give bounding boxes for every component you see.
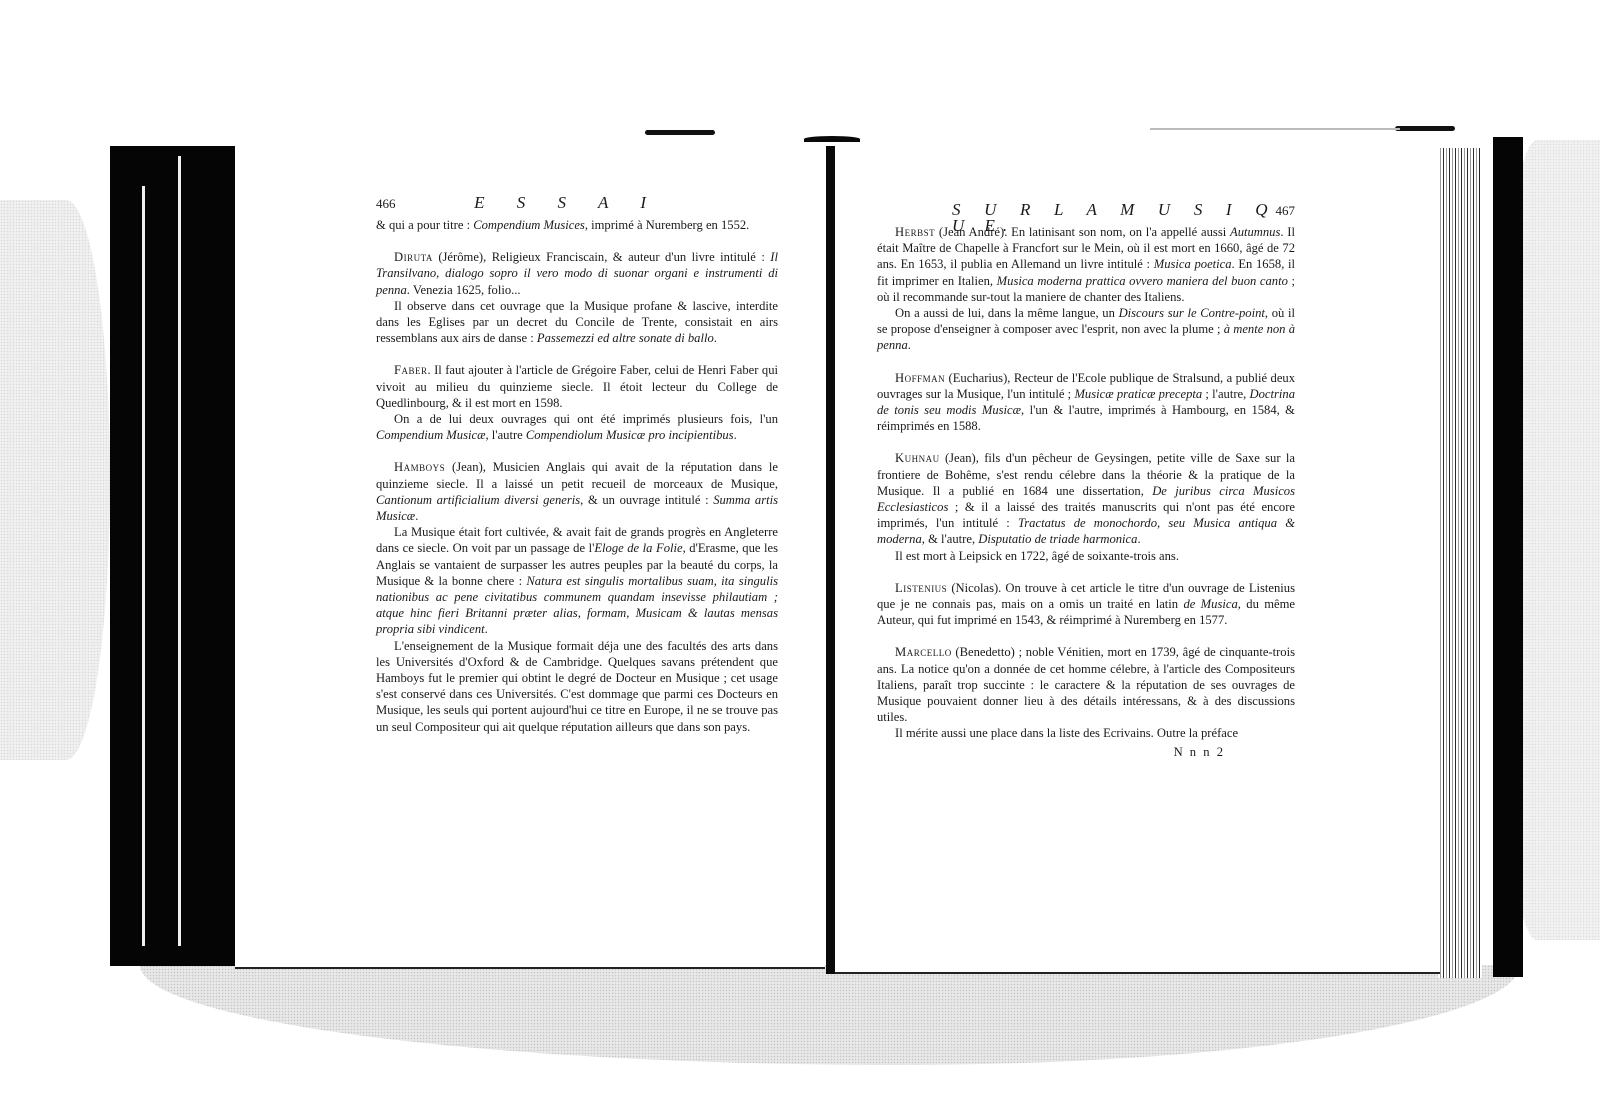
gutter-top-shadow [804, 136, 860, 142]
text-run: ; l'autre, [1202, 387, 1249, 401]
italic-title: Autumnus [1230, 225, 1280, 239]
text-run: , imprimé à Nuremberg en 1552. [585, 218, 750, 232]
italic-title: Musicæ praticæ precepta [1074, 387, 1202, 401]
italic-title: Musica moderna prattica ovvero maniera d… [997, 274, 1288, 288]
spine-ridge [178, 156, 181, 946]
page-top-edge [1150, 128, 1400, 130]
paragraph: & qui a pour titre : Compendium Musices,… [376, 217, 778, 233]
page-top-mark [645, 130, 715, 135]
entry-name: Herbst [895, 225, 935, 239]
text-run: . [415, 509, 418, 523]
page-body: Herbst (Jean André). En latinisant son n… [877, 224, 1295, 742]
background-table-left [0, 200, 110, 760]
paragraph: Il observe dans cet ouvrage que la Musiq… [376, 298, 778, 347]
text-run: & qui a pour titre : [376, 218, 473, 232]
entry-paragraph: Marcello (Benedetto) ; noble Vénitien, m… [877, 644, 1295, 725]
italic-title: Passemezzi ed altre sonate di ballo [537, 331, 714, 345]
text-run: . [1137, 532, 1140, 546]
page-number: 466 [376, 196, 396, 212]
signature-mark: N n n 2 [877, 744, 1295, 760]
entry-paragraph: Listenius (Nicolas). On trouve à cet art… [877, 580, 1295, 629]
entry-paragraph: Faber. Il faut ajouter à l'article de Gr… [376, 362, 778, 411]
text-run: (Jérôme), Religieux Franciscain, & auteu… [433, 250, 770, 264]
entry-paragraph: Hoffman (Eucharius), Recteur de l'Ecole … [877, 370, 1295, 435]
italic-title: de Musica [1183, 597, 1237, 611]
page-edges-right [1438, 148, 1482, 978]
paragraph: La Musique était fort cultivée, & avait … [376, 524, 778, 637]
text-run: L'enseignement de la Musique formait déj… [376, 639, 778, 734]
book-cover-right [1493, 137, 1523, 977]
italic-title: Cantionum artificialium diversi generis [376, 493, 580, 507]
right-page-text: S U R L A M U S I Q U E. 467 Herbst (Jea… [877, 202, 1295, 760]
entry-name: Hamboys [394, 460, 445, 474]
italic-title: Disputatio de triade harmonica [978, 532, 1137, 546]
page-top-mark [1395, 126, 1455, 131]
italic-title: Musica poetica [1154, 257, 1232, 271]
text-run: , & l'autre, [922, 532, 978, 546]
background-table-bottom [140, 965, 1520, 1065]
paragraph: Il est mort à Leipsick en 1722, âgé de s… [877, 548, 1295, 564]
entry-paragraph: Herbst (Jean André). En latinisant son n… [877, 224, 1295, 305]
italic-title: Compendiolum Musicæ pro incipientibus [526, 428, 734, 442]
entry-name: Listenius [895, 581, 947, 595]
entry-name: Diruta [394, 250, 433, 264]
left-page-text: 466 E S S A I & qui a pour titre : Compe… [376, 195, 778, 735]
text-run: . [908, 338, 911, 352]
entry-name: Faber [394, 363, 428, 377]
running-head: 466 E S S A I [376, 195, 778, 215]
entry-paragraph: Kuhnau (Jean), fils d'un pêcheur de Geys… [877, 450, 1295, 547]
text-run: On a de lui deux ouvrages qui ont été im… [394, 412, 778, 426]
italic-title: Compendium Musices [473, 218, 585, 232]
text-run: . Venezia 1625, folio... [407, 283, 521, 297]
entry-paragraph: Diruta (Jérôme), Religieux Franciscain, … [376, 249, 778, 298]
text-run: (Jean André). En latinisant son nom, on … [935, 225, 1230, 239]
paragraph: On a de lui deux ouvrages qui ont été im… [376, 411, 778, 443]
book-cover-left [110, 146, 235, 966]
entry-paragraph: Hamboys (Jean), Musicien Anglais qui ava… [376, 459, 778, 524]
text-run: . [734, 428, 737, 442]
text-run: , l'autre [486, 428, 526, 442]
text-run: Il est mort à Leipsick en 1722, âgé de s… [895, 549, 1179, 563]
book-gutter [826, 146, 835, 974]
text-run: , & un ouvrage intitulé : [580, 493, 713, 507]
text-run: On a aussi de lui, dans la même langue, … [895, 306, 1119, 320]
italic-title: Eloge de la Folie [594, 541, 682, 555]
running-title: E S S A I [474, 195, 660, 211]
paragraph: L'enseignement de la Musique formait déj… [376, 638, 778, 735]
page-body: & qui a pour titre : Compendium Musices,… [376, 217, 778, 735]
paragraph: Il mérite aussi une place dans la liste … [877, 725, 1295, 741]
running-head: S U R L A M U S I Q U E. 467 [877, 202, 1295, 222]
entry-name: Kuhnau [895, 451, 940, 465]
italic-title: Compendium Musicæ [376, 428, 486, 442]
text-run: . Il faut ajouter à l'article de Grégoir… [376, 363, 778, 409]
page-number: 467 [1276, 203, 1296, 219]
italic-title: Discours sur le Contre-point [1119, 306, 1265, 320]
text-run: . [485, 622, 488, 636]
spine-ridge [142, 186, 145, 946]
text-run: Il mérite aussi une place dans la liste … [895, 726, 1238, 740]
paragraph: On a aussi de lui, dans la même langue, … [877, 305, 1295, 354]
entry-name: Hoffman [895, 371, 945, 385]
entry-name: Marcello [895, 645, 952, 659]
text-run: . [714, 331, 717, 345]
